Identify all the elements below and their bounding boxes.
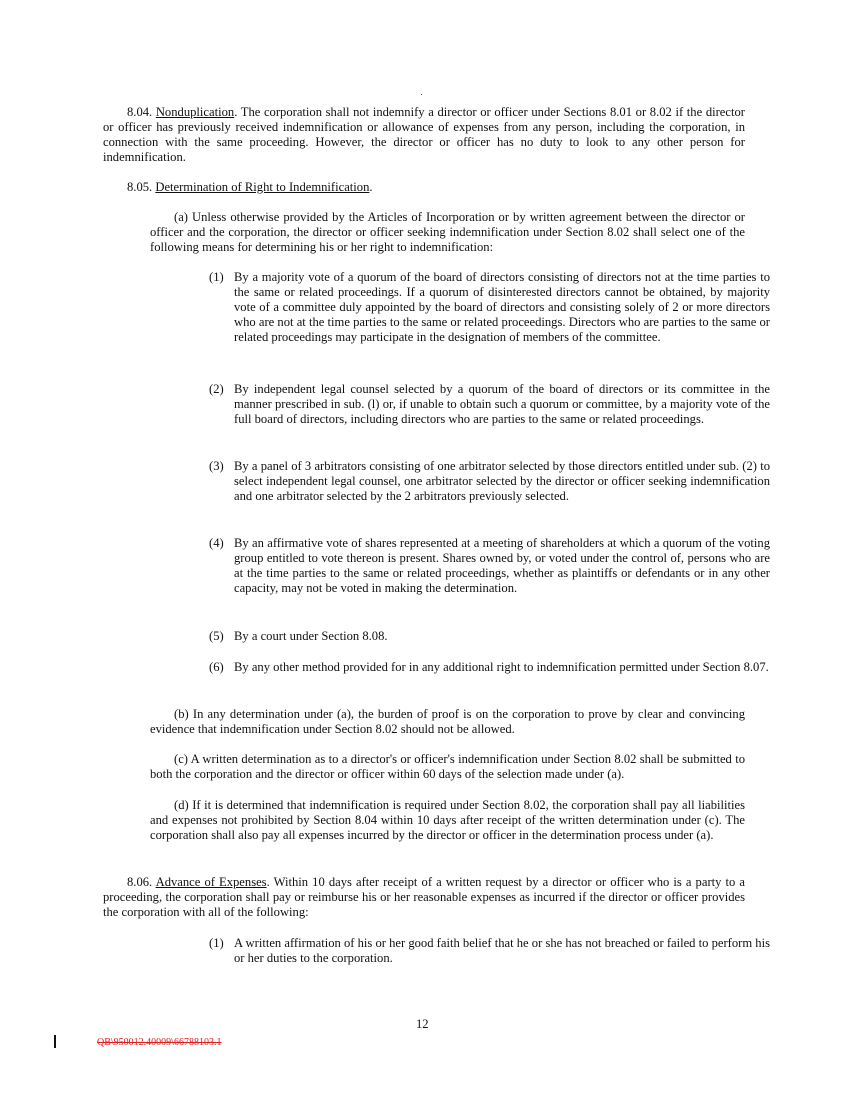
paragraph-d: (d) If it is determined that indemnifica…	[150, 798, 745, 843]
paragraph-b-text: (b) In any determination under (a), the …	[150, 707, 745, 736]
item-text: By an affirmative vote of shares represe…	[234, 536, 770, 595]
paragraph-d-text: (d) If it is determined that indemnifica…	[150, 798, 745, 842]
change-bar	[54, 1035, 56, 1048]
item-text: By a court under Section 8.08.	[234, 629, 388, 643]
section-8-05-heading: 8.05. Determination of Right to Indemnif…	[127, 180, 747, 195]
page-number: 12	[416, 1017, 429, 1032]
paragraph-b: (b) In any determination under (a), the …	[150, 707, 745, 737]
item-number: (3)	[209, 459, 224, 474]
list-item: (4) By an affirmative vote of shares rep…	[209, 536, 770, 596]
document-id: QB\950012.40009\66788103.1	[97, 1035, 221, 1050]
item-text: By a majority vote of a quorum of the bo…	[234, 270, 770, 344]
paragraph-c-text: (c) A written determination as to a dire…	[150, 752, 745, 781]
section-8-04: 8.04. Nonduplication. The corporation sh…	[103, 105, 745, 165]
section-number: 8.06.	[127, 875, 152, 889]
item-number: (1)	[209, 936, 224, 951]
paragraph-a-text: (a) Unless otherwise provided by the Art…	[150, 210, 745, 254]
stray-mark	[421, 94, 422, 95]
section-number: 8.04.	[127, 105, 152, 119]
item-number: (6)	[209, 660, 224, 675]
list-item: (6) By any other method provided for in …	[209, 660, 770, 675]
heading-period: .	[369, 180, 372, 194]
item-number: (2)	[209, 382, 224, 397]
paragraph-c: (c) A written determination as to a dire…	[150, 752, 745, 782]
list-item: (5) By a court under Section 8.08.	[209, 629, 770, 644]
paragraph-a: (a) Unless otherwise provided by the Art…	[150, 210, 745, 255]
item-text: By independent legal counsel selected by…	[234, 382, 770, 426]
list-item: (3) By a panel of 3 arbitrators consisti…	[209, 459, 770, 504]
item-number: (1)	[209, 270, 224, 285]
list-item: (1) A written affirmation of his or her …	[209, 936, 770, 966]
section-heading: Advance of Expenses	[156, 875, 267, 889]
section-8-06: 8.06. Advance of Expenses. Within 10 day…	[103, 875, 745, 920]
list-item: (2) By independent legal counsel selecte…	[209, 382, 770, 427]
item-number: (4)	[209, 536, 224, 551]
section-heading: Determination of Right to Indemnificatio…	[155, 180, 369, 194]
document-page: 8.04. Nonduplication. The corporation sh…	[0, 0, 849, 1100]
section-heading: Nonduplication	[156, 105, 234, 119]
item-text: By a panel of 3 arbitrators consisting o…	[234, 459, 770, 503]
item-number: (5)	[209, 629, 224, 644]
list-item: (1) By a majority vote of a quorum of th…	[209, 270, 770, 345]
section-number: 8.05.	[127, 180, 152, 194]
item-text: A written affirmation of his or her good…	[234, 936, 770, 965]
item-text: By any other method provided for in any …	[234, 660, 769, 674]
